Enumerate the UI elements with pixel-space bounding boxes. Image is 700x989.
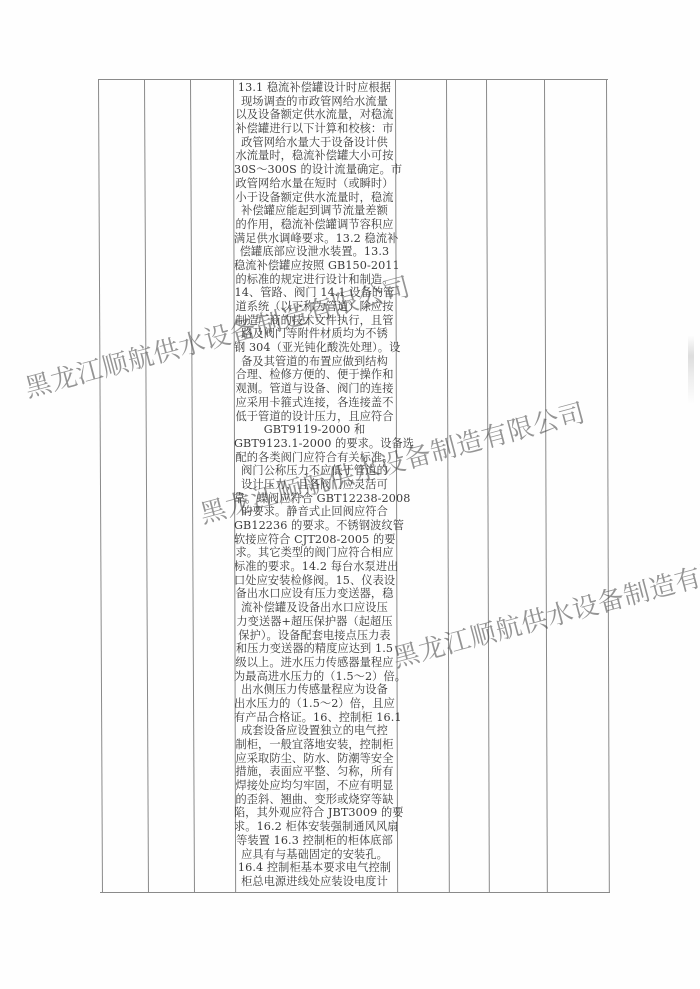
text-line: 水流量时，稳流补偿罐大小可按: [234, 149, 395, 163]
text-line: 为最高进水压力的（1.5～2）倍。: [234, 670, 395, 684]
table-column-border: [395, 79, 398, 893]
text-line: 力变送器+超压保护器（起超压: [234, 615, 395, 629]
text-line: 应采用卡箍式连接，各连接盖不: [234, 396, 395, 410]
table-column-border: [446, 79, 450, 893]
text-line: 保护）。设备配套电接点压力表: [234, 629, 395, 643]
text-line: 补偿罐进行以下计算和校核：市: [234, 122, 395, 136]
text-line: 政管网给水量大于设备设计供: [234, 136, 395, 150]
text-line: 13.1 稳流补偿罐设计时应根据: [234, 81, 395, 95]
text-line: 以及设备额定供水流量，对稳流: [234, 108, 395, 122]
text-line: 口处应安装检修阀。15、仪表设: [234, 574, 395, 588]
text-line: GBT9119-2000 和: [234, 423, 395, 437]
table-column-border: [486, 79, 490, 893]
text-line: 16.4 控制柜基本要求电气控制: [234, 861, 395, 875]
text-line: 出水侧压力传感量程应为设备: [234, 683, 395, 697]
text-line: 稳流补偿罐应按照 GB150-2011: [234, 259, 395, 273]
text-line: 偿罐底部应设泄水装置。13.3: [234, 245, 395, 259]
text-line: 补偿罐应能起到调节流量差额: [234, 204, 395, 218]
text-line: 应采取防尘、防水、防潮等安全: [234, 752, 395, 766]
text-line: 现场调查的市政管网给水流量: [234, 95, 395, 109]
text-line: 满足供水调峰要求。13.2 稳流补: [234, 232, 395, 246]
text-line: 求。其它类型的阀门应符合相应: [234, 546, 395, 560]
text-line: 制柜，一般宜落地安装，控制柜: [234, 738, 395, 752]
text-line: 陷，其外观应符合 JBT3009 的要: [234, 806, 395, 820]
text-line: 政管网给水量在短时（或瞬时）: [234, 177, 395, 191]
text-line: 备及其管道的布置应做到结构: [234, 355, 395, 369]
text-line: GB12236 的要求。不锈钢波纹管: [234, 519, 395, 533]
text-line: 应具有与基础固定的安装孔。: [234, 848, 395, 862]
text-line: 级以上。进水压力传感器量程应: [234, 656, 395, 670]
text-line: 的歪斜、翘曲、变形或烧穿等缺: [234, 793, 395, 807]
text-line: 小于设备额定供水流量时，稳流: [234, 191, 395, 205]
table-column-border: [144, 79, 149, 893]
table-bottom-border: [100, 892, 610, 893]
text-line: 低于管道的设计压力，且应符合: [234, 410, 395, 424]
text-line: 备出水口应设有压力变送器，稳: [234, 587, 395, 601]
text-line: 求。16.2 柜体安装强制通风风扇: [234, 820, 395, 834]
text-line: 有产品合格证。16、控制柜 16.1: [234, 711, 395, 725]
text-line: 标准的要求。14.2 每台水泵进出: [234, 560, 395, 574]
text-line: 焊接处应均匀牢固，不应有明显: [234, 779, 395, 793]
table-column-border: [190, 79, 195, 893]
text-line: 成套设备应设置独立的电气控: [234, 724, 395, 738]
text-line: 合理、检修方便的、便于操作和: [234, 368, 395, 382]
scan-artifact: [688, 335, 694, 405]
text-line: 观测。管道与设备、阀门的连接: [234, 382, 395, 396]
text-line: 30S～300S 的设计流量确定。市: [234, 163, 395, 177]
company-watermark: 黑龙江顺航供水设备制造有限公司: [388, 536, 700, 675]
table-column-border: [606, 79, 610, 893]
text-line: 流补偿罐及设备出水口应设压: [234, 601, 395, 615]
text-line: 和压力变送器的精度应达到 1.5: [234, 642, 395, 656]
text-line: 柜总电源进线处应装设电度计: [234, 875, 395, 889]
text-line: 软接应符合 CJT208-2005 的要: [234, 533, 395, 547]
text-line: 措施，表面应平整、匀称，所有: [234, 765, 395, 779]
text-line: 出水压力的（1.5～2）倍，且应: [234, 697, 395, 711]
scanned-document-page: 13.1 稳流补偿罐设计时应根据现场调查的市政管网给水流量以及设备额定供水流量，…: [0, 0, 700, 989]
text-line: 的作用，稳流补偿罐调节容积应: [234, 218, 395, 232]
text-line: 等装置 16.3 控制柜的柜体底部: [234, 834, 395, 848]
table-column-border: [544, 79, 548, 893]
table-column-border: [98, 79, 103, 893]
